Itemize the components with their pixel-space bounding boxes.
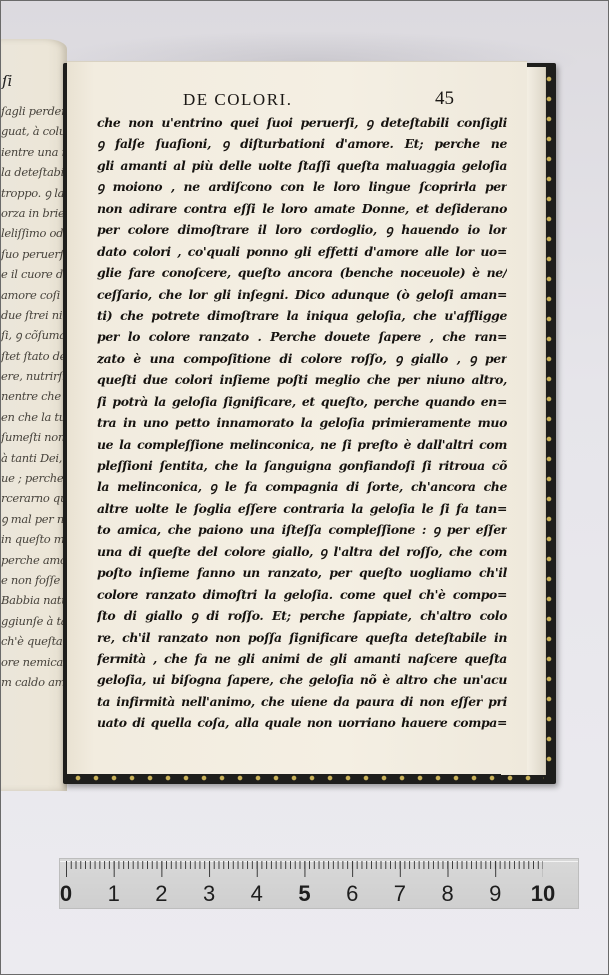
left-text-line: ſumeſti non ha	[1, 427, 65, 447]
ruler-label: 4	[251, 881, 263, 907]
right-page: DE COLORI. 45 che non u'entrino quei ſuo…	[67, 61, 527, 774]
left-text-line: in queſto mond	[1, 529, 65, 549]
left-text-line: perche amore ſ	[1, 550, 65, 570]
left-text-line: en che la tua ſ	[1, 407, 65, 427]
left-text-line: ch'è queſta gelo	[1, 631, 65, 651]
ruler-label: 8	[441, 881, 453, 907]
body-text: che non u'entrino quei ſuoi peruerſi, ꝯ …	[97, 112, 507, 734]
text-line: una di queſte del colore giallo, ꝯ l'alt…	[97, 541, 507, 562]
left-text-line: nentre che ſteſ	[1, 386, 65, 406]
left-text-line: e non foſſe qu	[1, 570, 65, 590]
running-head: DE COLORI.	[183, 90, 292, 110]
text-line: geloſia, ui biſogna ſapere, che geloſia …	[97, 669, 507, 690]
left-text-line: guat, à colui, che	[1, 121, 65, 141]
left-text-line: Babbia natura	[1, 590, 65, 610]
text-line: uato di quella coſa, alla quale non uorr…	[97, 712, 507, 733]
ruler-label: 0	[60, 881, 72, 907]
ruler-label: 2	[155, 881, 167, 907]
text-line: gli amanti al più delle uolte ſtaſſi que…	[97, 155, 507, 176]
text-line: la melinconica, ꝯ le fa compagnia di ſor…	[97, 476, 507, 497]
text-line: ꝯ falſe ſuaſioni, ꝯ diſturbationi d'amor…	[97, 133, 507, 154]
text-line: glie fare conoſcere, queſto ancora (benc…	[97, 262, 507, 283]
text-line: to amica, che paiono una iſteſſa compleſ…	[97, 519, 507, 540]
left-text-line: troppo. ꝯ la ſua	[1, 183, 65, 203]
left-text-line: ue ; perche ſ	[1, 468, 65, 488]
left-page-text: ſagli perdere laguat, à colui, cheientre…	[1, 101, 67, 692]
text-line: ue la compleſſione melinconica, ne ſi pr…	[97, 434, 507, 455]
left-text-line: ſagli perdere la	[1, 101, 65, 121]
left-text-line: rcerarno queſt	[1, 488, 65, 508]
left-text-line: m caldo amore	[1, 672, 65, 692]
scale-ruler: 012345678910	[59, 858, 579, 909]
left-text-line: due ſtrei nimi	[1, 305, 65, 325]
ruler-label: 6	[346, 881, 358, 907]
text-line: ꝯ moiono , ne ardiſcono con le loro ling…	[97, 176, 507, 197]
left-text-line: amore coſi appi	[1, 285, 65, 305]
left-text-line: ſi, ꝯ cõſumando	[1, 325, 65, 345]
text-line: ceſſario, che lor gli inſegni. Dico adun…	[97, 284, 507, 305]
text-line: tra in uno petto innamorato la geloſia p…	[97, 412, 507, 433]
text-line: re, ch'il ranzato non poſſa ſignificare …	[97, 627, 507, 648]
gilt-tooling-right	[545, 69, 553, 772]
left-text-line: ore nemica, che	[1, 652, 65, 672]
ruler-label: 7	[394, 881, 406, 907]
ruler-label: 10	[531, 881, 555, 907]
left-text-line: ggiunſe à tanto	[1, 611, 65, 631]
ruler-label: 5	[298, 881, 310, 907]
text-line: pleſſioni ſentita, che la ſanguigna gonf…	[97, 455, 507, 476]
text-line: non adirare contra eſſi le loro amate Do…	[97, 198, 507, 219]
text-line: poſto inſieme fanno un ranzato, per queſ…	[97, 562, 507, 583]
left-text-line: leliſſimo odio ꝯ	[1, 223, 65, 243]
left-text-line: orza in brieue d	[1, 203, 65, 223]
ruler-ticks	[66, 861, 543, 877]
text-line: colore ranzato dimoſtri la geloſia. come…	[97, 584, 507, 605]
left-page-corner-mark: ſi	[2, 72, 12, 90]
left-facing-page: ſi ſagli perdere laguat, à colui, cheien…	[1, 39, 67, 791]
text-line: ti) che potrete dimoſtrare la iniqua gel…	[97, 305, 507, 326]
text-line: per lo colore ranzato . Perche douete ſa…	[97, 326, 507, 347]
text-line: zato è una compoſitione di colore roſſo,…	[97, 348, 507, 369]
ruler-label: 3	[203, 881, 215, 907]
gilt-tooling-bottom	[69, 774, 544, 782]
text-line: ſto di giallo ꝯ di roſſo. Et; perche ſap…	[97, 605, 507, 626]
left-text-line: ſtet ſtato de gl'	[1, 346, 65, 366]
text-line: che non u'entrino quei ſuoi peruerſi, ꝯ …	[97, 112, 507, 133]
page-number: 45	[435, 88, 454, 110]
text-line: per colore dimoſtrare il loro cordoglio,…	[97, 219, 507, 240]
text-line: queſti due colori inſieme poſti meglio c…	[97, 369, 507, 390]
text-line: ſi potrà la geloſia ſignificare, et queſ…	[97, 391, 507, 412]
ruler-label: 9	[489, 881, 501, 907]
left-text-line: e il cuore dell'a	[1, 264, 65, 284]
left-text-line: ere, nutrirſi,	[1, 366, 65, 386]
left-text-line: ientre una minim	[1, 142, 65, 162]
left-text-line: ꝯ mal per no	[1, 509, 65, 529]
left-text-line: à tanti Dei, m	[1, 448, 65, 468]
text-line: altre uolte le ſoglia eſſere contraria l…	[97, 498, 507, 519]
text-line: ta infirmità nell'animo, che uiene da pa…	[97, 691, 507, 712]
left-text-line: ſuo peruerſo	[1, 244, 65, 264]
left-text-line: la deteſtabile ge	[1, 162, 65, 182]
ruler-label: 1	[108, 881, 120, 907]
text-line: fermità , che fa ne gli animi de gli ama…	[97, 648, 507, 669]
text-line: dato colori , co'quali ponno gli effetti…	[97, 241, 507, 262]
